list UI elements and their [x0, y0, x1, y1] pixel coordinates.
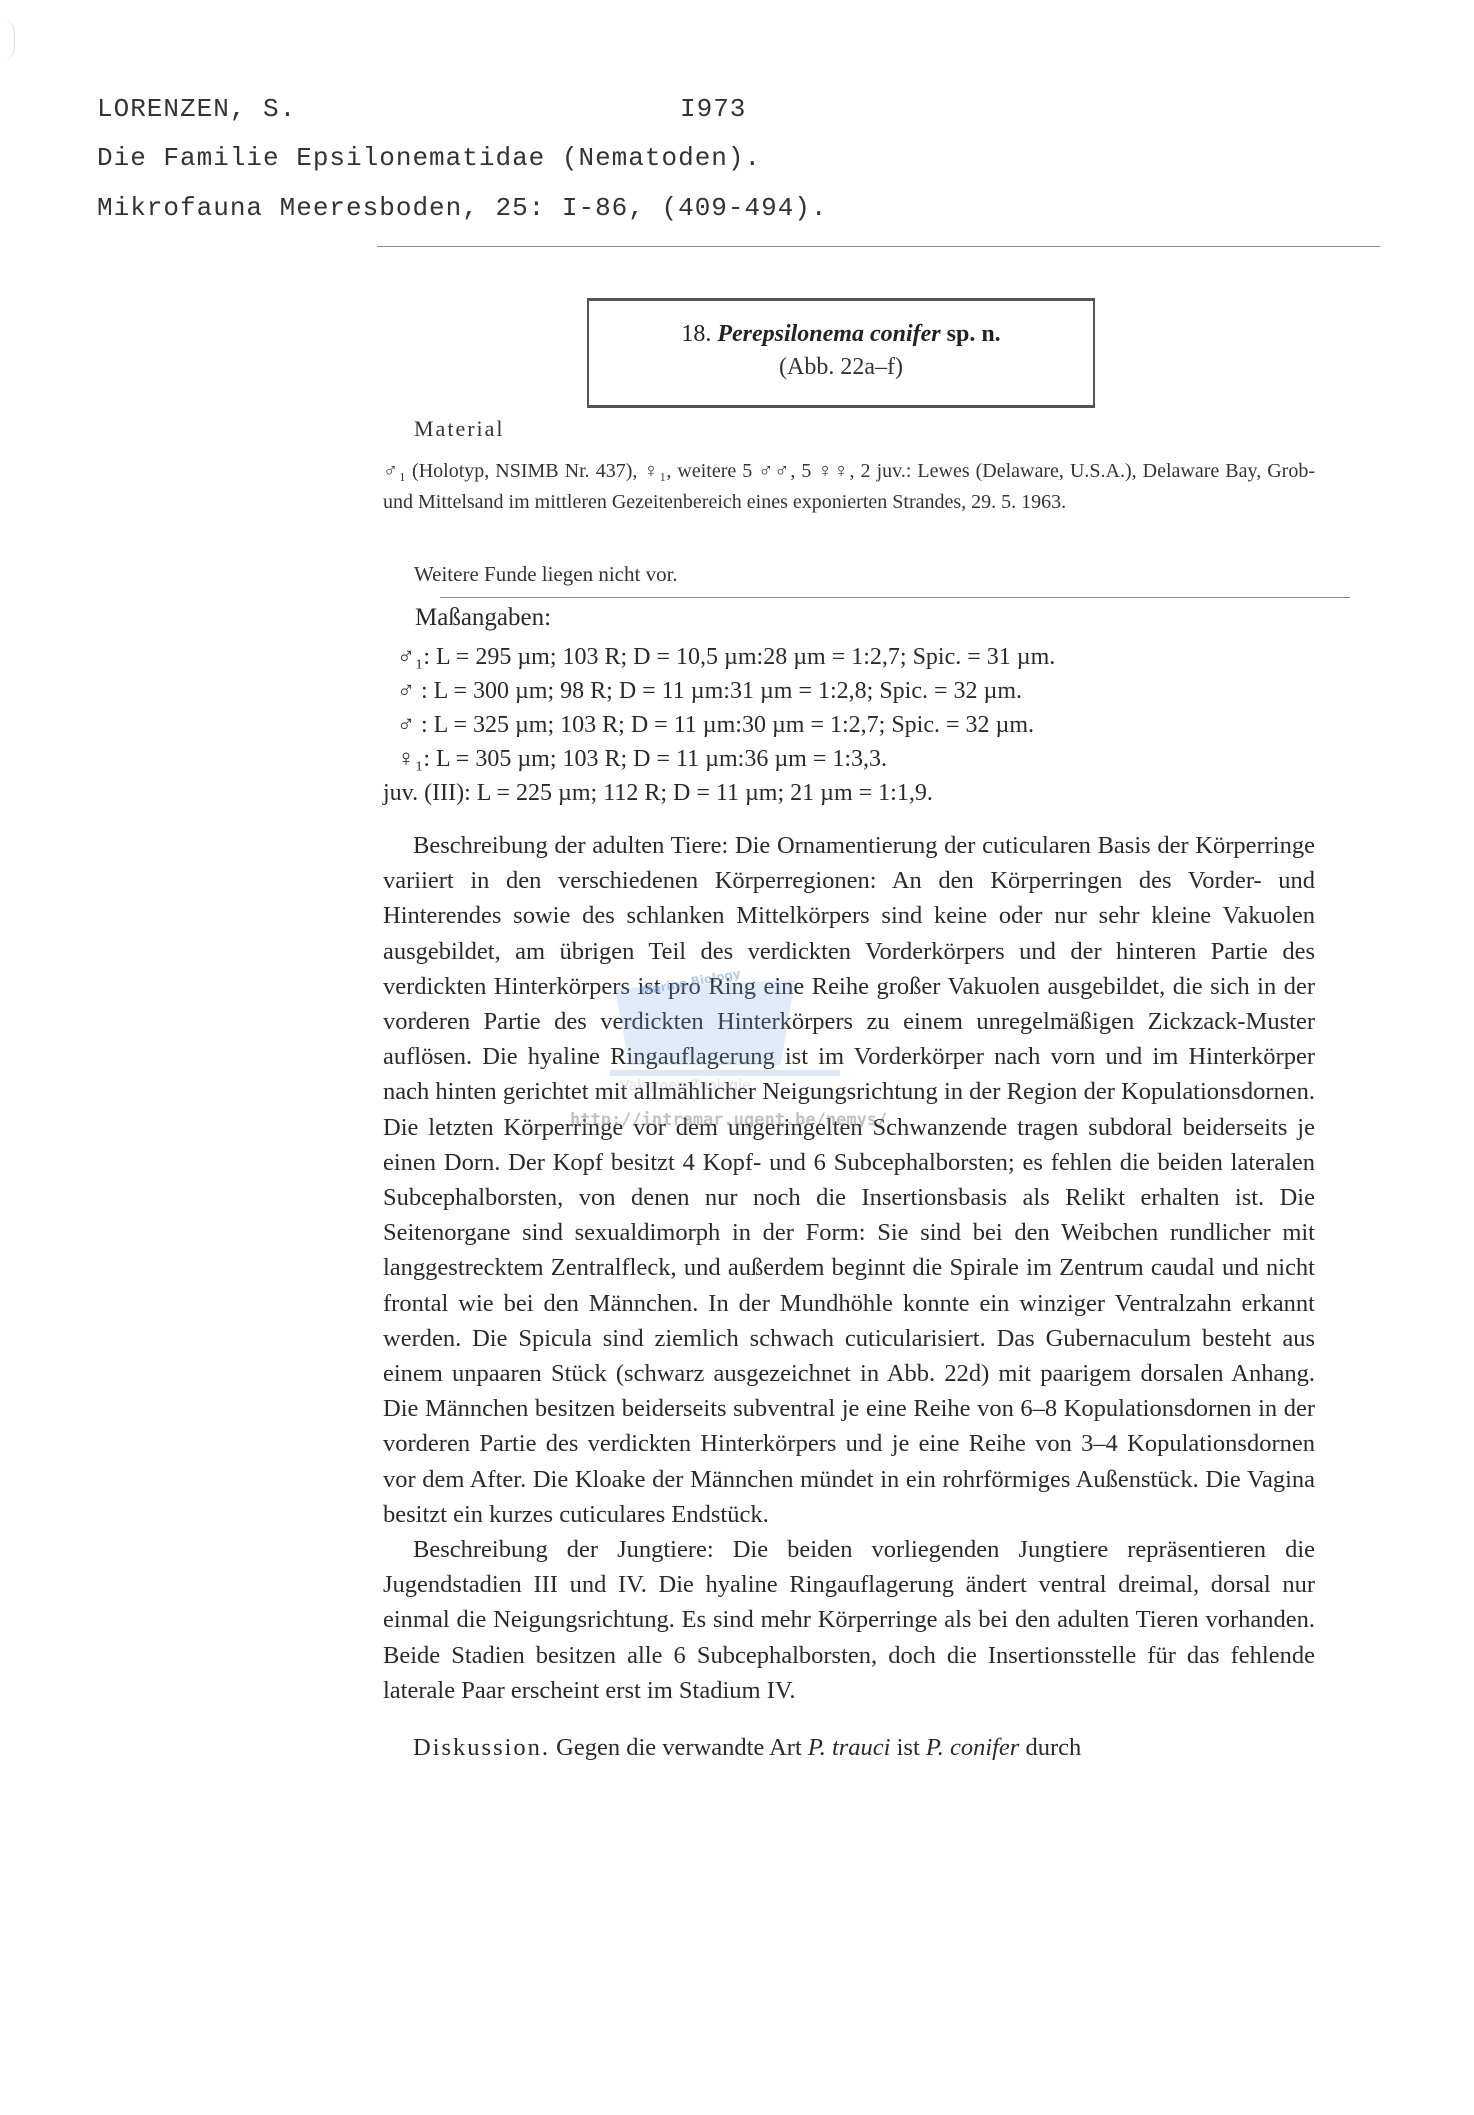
measurement-row: ♂ : L = 325 µm; 103 R; D = 11 µm:30 µm =… — [397, 708, 1034, 742]
measurement-row: ♂ : L = 300 µm; 98 R; D = 11 µm:31 µm = … — [397, 674, 1022, 708]
citation-journal: Mikrofauna Meeresboden, 25: I-86, (409-4… — [97, 193, 828, 223]
citation-year: I973 — [680, 94, 746, 124]
species-title: 18. Perepsilonema conifer sp. n. — [589, 321, 1093, 348]
material-heading: Material — [414, 416, 505, 442]
discussion-text: durch — [1019, 1734, 1081, 1761]
discussion-text: ist — [890, 1734, 925, 1761]
description-juvenile: Beschreibung der Jungtiere: Die beiden v… — [383, 1532, 1315, 1708]
species-suffix: sp. n. — [947, 321, 1001, 347]
discussion-label: Diskussion. — [413, 1734, 550, 1761]
citation-author: LORENZEN, S. — [97, 94, 296, 124]
species-ref: P. conifer — [926, 1734, 1019, 1761]
species-ref: P. trauci — [808, 1734, 891, 1761]
species-number: 18. — [681, 321, 711, 347]
figure-reference: (Abb. 22a–f) — [589, 354, 1093, 381]
discussion-paragraph: Diskussion. Gegen die verwandte Art P. t… — [383, 1730, 1315, 1765]
scan-edge-mark — [0, 18, 15, 62]
section-divider — [440, 597, 1350, 598]
citation-title: Die Familie Epsilonematidae (Nematoden). — [97, 143, 761, 173]
species-heading-box: 18. Perepsilonema conifer sp. n. (Abb. 2… — [587, 298, 1095, 408]
header-divider — [377, 246, 1380, 247]
discussion-text: Gegen die verwandte Art — [550, 1734, 808, 1761]
species-name: Perepsilonema conifer — [717, 321, 940, 347]
measurement-row: ♀₁: L = 305 µm; 103 R; D = 11 µm:36 µm =… — [397, 742, 887, 776]
material-further: Weitere Funde liegen nicht vor. — [414, 562, 678, 587]
description-adult: Beschreibung der adulten Tiere: Die Orna… — [383, 828, 1315, 1532]
description-body: Beschreibung der adulten Tiere: Die Orna… — [383, 828, 1315, 1765]
measurements-heading: Maßangaben: — [415, 604, 551, 632]
material-text: ♂₁ (Holotyp, NSIMB Nr. 437), ♀₁, weitere… — [383, 456, 1315, 518]
measurement-row: ♂₁: L = 295 µm; 103 R; D = 10,5 µm:28 µm… — [397, 640, 1055, 674]
measurement-row: juv. (III): L = 225 µm; 112 R; D = 11 µm… — [383, 776, 933, 810]
